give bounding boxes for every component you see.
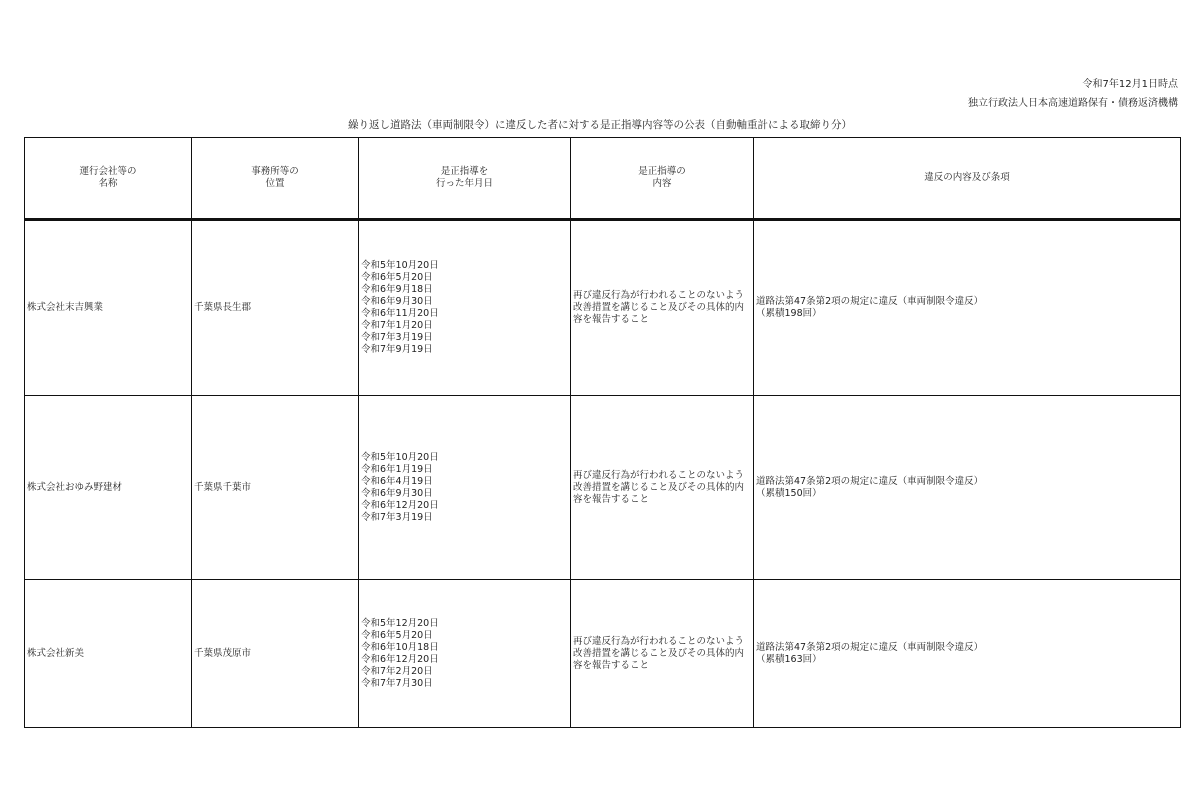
violation-content: 道路法第47条第2項の規定に違反（車両制限令違反） （累積198回） (754, 220, 1181, 396)
organization-name: 独立行政法人日本高速道路保有・債務返済機構 (968, 94, 1178, 109)
col-header-location: 事務所等の 位置 (192, 138, 359, 220)
office-location: 千葉県茂原市 (192, 580, 359, 728)
guidance-dates: 令和5年10月20日 令和6年5月20日 令和6年9月18日 令和6年9月30日… (359, 220, 571, 396)
guidance-content: 再び違反行為が行われることのないよう改善措置を講じること及びその具体的内容を報告… (571, 580, 754, 728)
col-header-company: 運行会社等の 名称 (25, 138, 192, 220)
col-header-dates: 是正指導を 行った年月日 (359, 138, 571, 220)
table-header-row: 運行会社等の 名称 事務所等の 位置 是正指導を 行った年月日 是正指導の 内容… (25, 138, 1181, 220)
document-title: 繰り返し道路法（車両制限令）に違反した者に対する是正指導内容等の公表（自動軸重計… (0, 117, 1200, 132)
guidance-dates: 令和5年10月20日 令和6年1月19日 令和6年4月19日 令和6年9月30日… (359, 396, 571, 580)
guidance-dates: 令和5年12月20日 令和6年5月20日 令和6年10月18日 令和6年12月2… (359, 580, 571, 728)
violation-content: 道路法第47条第2項の規定に違反（車両制限令違反） （累積163回） (754, 580, 1181, 728)
company-name: 株式会社末吉興業 (25, 220, 192, 396)
guidance-content: 再び違反行為が行われることのないよう改善措置を講じること及びその具体的内容を報告… (571, 396, 754, 580)
col-header-guidance: 是正指導の 内容 (571, 138, 754, 220)
col-header-violation: 違反の内容及び条項 (754, 138, 1181, 220)
company-name: 株式会社新美 (25, 580, 192, 728)
office-location: 千葉県長生郡 (192, 220, 359, 396)
as-of-date: 令和7年12月1日時点 (1083, 75, 1178, 90)
guidance-content: 再び違反行為が行われることのないよう改善措置を講じること及びその具体的内容を報告… (571, 220, 754, 396)
office-location: 千葉県千葉市 (192, 396, 359, 580)
table-row: 株式会社新美 千葉県茂原市 令和5年12月20日 令和6年5月20日 令和6年1… (25, 580, 1181, 728)
violation-content: 道路法第47条第2項の規定に違反（車両制限令違反） （累積150回） (754, 396, 1181, 580)
company-name: 株式会社おゆみ野建材 (25, 396, 192, 580)
publication-table: 運行会社等の 名称 事務所等の 位置 是正指導を 行った年月日 是正指導の 内容… (24, 137, 1181, 728)
table-row: 株式会社おゆみ野建材 千葉県千葉市 令和5年10月20日 令和6年1月19日 令… (25, 396, 1181, 580)
table-row: 株式会社末吉興業 千葉県長生郡 令和5年10月20日 令和6年5月20日 令和6… (25, 220, 1181, 396)
